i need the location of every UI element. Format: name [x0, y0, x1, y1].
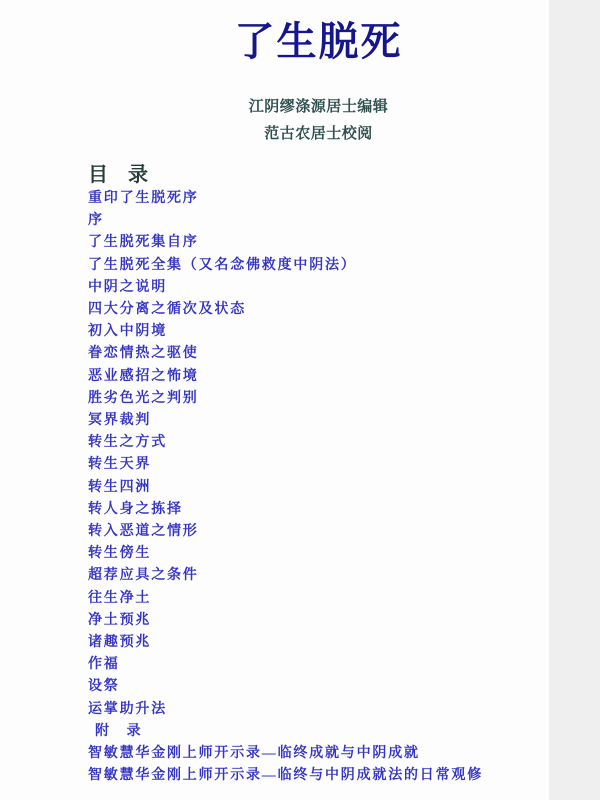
byline-editor: 江阴缪涤源居士编辑 — [88, 94, 549, 121]
toc-link-reprint-preface[interactable]: 重印了生脱死序 — [88, 188, 549, 210]
toc-link-human-rebirth-choice[interactable]: 转人身之拣择 — [88, 499, 549, 521]
toc-link-offerings[interactable]: 设祭 — [88, 676, 549, 698]
byline: 江阴缪涤源居士编辑 范古农居士校阅 — [88, 94, 549, 148]
toc-link-light-discernment[interactable]: 胜劣色光之判别 — [88, 388, 549, 410]
toc-link-deliverance-conditions[interactable]: 超荐应具之条件 — [88, 565, 549, 587]
page-content: 了生脱死 江阴缪涤源居士编辑 范古农居士校阅 目 录 重印了生脱死序 序 了生脱… — [88, 0, 549, 787]
appendix-link-bardo-accomplishment[interactable]: 智敏慧华金刚上师开示录—临终成就与中阴成就 — [88, 743, 549, 765]
toc-link-bardo-explanation[interactable]: 中阴之说明 — [88, 277, 549, 299]
toc-link-rebirth-heaven[interactable]: 转生天界 — [88, 454, 549, 476]
appendix-link-daily-practice[interactable]: 智敏慧华金刚上师开示录—临终与中阴成就法的日常观修 — [88, 765, 549, 787]
toc-link-complete-collection[interactable]: 了生脱死全集（又名念佛救度中阴法） — [88, 255, 549, 277]
toc-link-realm-omens[interactable]: 诸趣预兆 — [88, 632, 549, 654]
toc-link-self-preface[interactable]: 了生脱死集自序 — [88, 232, 549, 254]
byline-proofreader: 范古农居士校阅 — [88, 121, 549, 148]
toc-link-four-elements[interactable]: 四大分离之循次及状态 — [88, 299, 549, 321]
page-right-margin — [549, 0, 600, 800]
toc-link-pure-land-rebirth[interactable]: 往生净土 — [88, 588, 549, 610]
toc-link-pure-land-omens[interactable]: 净土预兆 — [88, 610, 549, 632]
toc-link-rebirth-methods[interactable]: 转生之方式 — [88, 432, 549, 454]
toc-link-rebirth-four-continents[interactable]: 转生四洲 — [88, 477, 549, 499]
document-page: 了生脱死 江阴缪涤源居士编辑 范古农居士校阅 目 录 重印了生脱死序 序 了生脱… — [0, 0, 549, 800]
toc-link-animal-rebirth[interactable]: 转生傍生 — [88, 543, 549, 565]
toc-link-karma-terror[interactable]: 恶业感招之怖境 — [88, 366, 549, 388]
toc-list: 重印了生脱死序 序 了生脱死集自序 了生脱死全集（又名念佛救度中阴法） 中阴之说… — [88, 188, 549, 787]
toc-link-palm-ascension[interactable]: 运掌助升法 — [88, 699, 549, 721]
toc-link-attachment-drive[interactable]: 眷恋情热之驱使 — [88, 343, 549, 365]
toc-link-merit-making[interactable]: 作福 — [88, 654, 549, 676]
toc-link-preface[interactable]: 序 — [88, 210, 549, 232]
appendix-header: 附 录 — [88, 721, 549, 743]
toc-link-evil-paths[interactable]: 转入恶道之情形 — [88, 521, 549, 543]
toc-link-netherworld-judgment[interactable]: 冥界裁判 — [88, 410, 549, 432]
document-title: 了生脱死 — [88, 18, 549, 66]
toc-header: 目 录 — [88, 162, 549, 188]
toc-link-entering-bardo[interactable]: 初入中阴境 — [88, 321, 549, 343]
